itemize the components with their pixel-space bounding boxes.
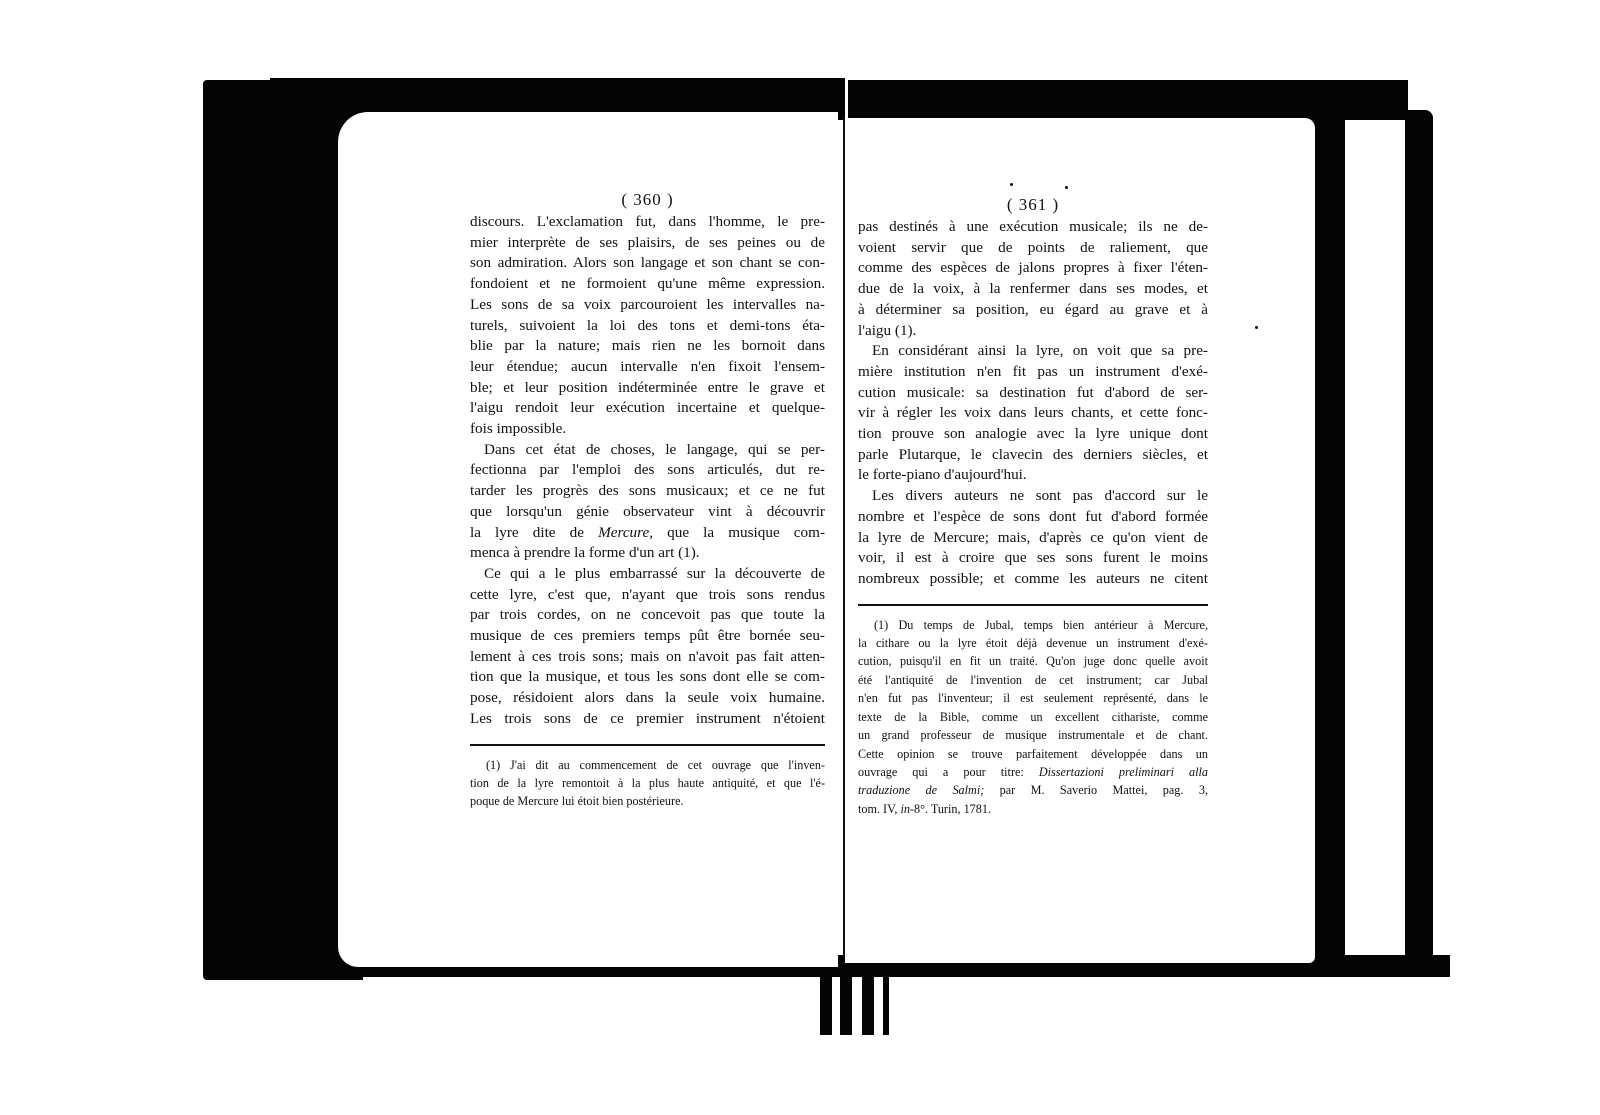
text-line: lement à ces trois sons; mais on n'avoit… bbox=[470, 647, 825, 668]
text-line: leur étendue; aucun intervalle n'en fixo… bbox=[470, 357, 825, 378]
text-line: fois impossible. bbox=[470, 419, 825, 440]
spine-stub bbox=[820, 975, 832, 1035]
text-line: due de la voix, à la renfermer dans ses … bbox=[858, 279, 1208, 300]
scan-speck bbox=[1010, 183, 1013, 186]
italic-format: in bbox=[900, 802, 909, 816]
text-line: que lorsqu'un génie observateur vint à d… bbox=[470, 502, 825, 523]
text-line: nombre et l'espèce de sons dont fut d'ab… bbox=[858, 507, 1208, 528]
paragraph-start-line: Ce qui a le plus embarrassé sur la décou… bbox=[470, 564, 825, 585]
text-line: son admiration. Alors son langage et son… bbox=[470, 253, 825, 274]
spine-stub bbox=[862, 975, 874, 1035]
book-gutter bbox=[843, 118, 845, 958]
text-line: comme des espèces de jalons propres à fi… bbox=[858, 258, 1208, 279]
body-text: discours. L'exclamation fut, dans l'homm… bbox=[470, 212, 825, 730]
text-line: le forte-piano d'aujourd'hui. bbox=[858, 465, 1208, 486]
footnote-line: tom. IV, in-8°. Turin, 1781. bbox=[858, 800, 1208, 818]
text-line: Les trois sons de ce premier instrument … bbox=[470, 709, 825, 730]
footnote: (1) J'ai dit au commencement de cet ouvr… bbox=[470, 756, 825, 811]
text-line: musique de ces premiers temps pût être b… bbox=[470, 626, 825, 647]
page-number: ( 360 ) bbox=[470, 190, 825, 210]
text-line: turels, suivoient la loi des tons et dem… bbox=[470, 316, 825, 337]
footnote-line: tion de la lyre remontoit à la plus haut… bbox=[470, 774, 825, 792]
text-line: Les sons de sa voix parcouroient les int… bbox=[470, 295, 825, 316]
text-segment: ouvrage qui a pour titre: bbox=[858, 765, 1039, 779]
italic-name-mercure: Mercure, bbox=[598, 524, 653, 541]
left-page-column: ( 360 ) discours. L'exclamation fut, dan… bbox=[470, 190, 825, 811]
body-text: pas destinés à une exécution musicale; i… bbox=[858, 217, 1208, 590]
text-line: parle Plutarque, le clavecin des dernier… bbox=[858, 445, 1208, 466]
text-line: l'aigu (1). bbox=[858, 321, 1208, 342]
text-line: menca à prendre la forme d'un art (1). bbox=[470, 543, 825, 564]
footnote-line: un grand professeur de musique instrumen… bbox=[858, 726, 1208, 744]
text-line: voir, il est à croire que ses sons furen… bbox=[858, 548, 1208, 569]
text-segment: que la musique com- bbox=[653, 524, 825, 541]
text-line: pas destinés à une exécution musicale; i… bbox=[858, 217, 1208, 238]
footnote-line: (1) Du temps de Jubal, temps bien antéri… bbox=[858, 616, 1208, 634]
footnote-line: Cette opinion se trouve parfaitement dév… bbox=[858, 745, 1208, 763]
footnote-line: cution, puisqu'il en fit un traité. Qu'o… bbox=[858, 652, 1208, 670]
right-page-column: ( 361 ) pas destinés à une exécution mus… bbox=[858, 195, 1208, 818]
text-line: ble; et leur position indéterminée entre… bbox=[470, 378, 825, 399]
text-line: tion que la musique, et tous les sons do… bbox=[470, 667, 825, 688]
italic-book-title: traduzione de Salmi; bbox=[858, 783, 984, 797]
text-line: la lyre de Mercure; mais, d'après ce qu'… bbox=[858, 528, 1208, 549]
text-line: blie par la nature; mais rien ne les bor… bbox=[470, 336, 825, 357]
book-cover-right-edge bbox=[1405, 110, 1433, 975]
text-line: tarder les progrès des sons musicaux; et… bbox=[470, 481, 825, 502]
paragraph-start-line: Les divers auteurs ne sont pas d'accord … bbox=[858, 486, 1208, 507]
text-line: nombreux possible; et comme les auteurs … bbox=[858, 569, 1208, 590]
book-top-edge-right bbox=[848, 80, 1408, 120]
text-line: par trois cordes, on ne concevoit pas qu… bbox=[470, 605, 825, 626]
footnote-line: la cithare ou la lyre étoit déjà devenue… bbox=[858, 634, 1208, 652]
spine-stub bbox=[840, 975, 852, 1035]
text-line-with-italic: la lyre dite de Mercure, que la musique … bbox=[470, 523, 825, 544]
text-line: discours. L'exclamation fut, dans l'homm… bbox=[470, 212, 825, 233]
footnote-line: (1) J'ai dit au commencement de cet ouvr… bbox=[470, 756, 825, 774]
footnote-rule bbox=[858, 604, 1208, 606]
text-line: fondoient et ne formoient qu'une même ex… bbox=[470, 274, 825, 295]
text-line: voient servir que de points de raliement… bbox=[858, 238, 1208, 259]
footnote-line: n'en fut pas l'inventeur; il est seuleme… bbox=[858, 689, 1208, 707]
scan-speck bbox=[1255, 326, 1258, 329]
text-line: mière institution n'en fit pas un instru… bbox=[858, 362, 1208, 383]
text-line: à déterminer sa position, eu égard au gr… bbox=[858, 300, 1208, 321]
footnote-line: poque de Mercure lui étoit bien postérie… bbox=[470, 792, 825, 810]
text-line: cette lyre, c'est que, n'ayant que trois… bbox=[470, 585, 825, 606]
italic-book-title: Dissertazioni preliminari alla bbox=[1039, 765, 1208, 779]
text-line: cution musicale: sa destination fut d'ab… bbox=[858, 383, 1208, 404]
footnote-line-with-title: ouvrage qui a pour titre: Dissertazioni … bbox=[858, 763, 1208, 781]
text-line: l'aigu rendoit leur exécution incertaine… bbox=[470, 398, 825, 419]
footnote-line: été l'antiquité de l'invention de cet in… bbox=[858, 671, 1208, 689]
text-segment: par M. Saverio Mattei, pag. 3, bbox=[984, 783, 1208, 797]
text-line: vir à régler les voix dans leurs chants,… bbox=[858, 403, 1208, 424]
footnote: (1) Du temps de Jubal, temps bien antéri… bbox=[858, 616, 1208, 818]
page-number: ( 361 ) bbox=[858, 195, 1208, 215]
paragraph-start-line: En considérant ainsi la lyre, on voit qu… bbox=[858, 341, 1208, 362]
footnote-rule bbox=[470, 744, 825, 746]
text-segment: la lyre dite de bbox=[470, 524, 598, 541]
footnote-line-with-title: traduzione de Salmi; par M. Saverio Matt… bbox=[858, 781, 1208, 799]
text-line: mier interprète de ses plaisirs, de ses … bbox=[470, 233, 825, 254]
paragraph-start-line: Dans cet état de choses, le langage, qui… bbox=[470, 440, 825, 461]
text-line: fectionna par l'emploi des sons articulé… bbox=[470, 460, 825, 481]
text-line: tion prouve son analogie avec la lyre un… bbox=[858, 424, 1208, 445]
text-segment: -8°. Turin, 1781. bbox=[910, 802, 991, 816]
text-segment: tom. IV, bbox=[858, 802, 900, 816]
footnote-line: texte de la Bible, comme un excellent ci… bbox=[858, 708, 1208, 726]
scan-speck bbox=[1065, 186, 1068, 189]
text-line: pose, résidoient alors dans la seule voi… bbox=[470, 688, 825, 709]
spine-stub bbox=[883, 975, 889, 1035]
